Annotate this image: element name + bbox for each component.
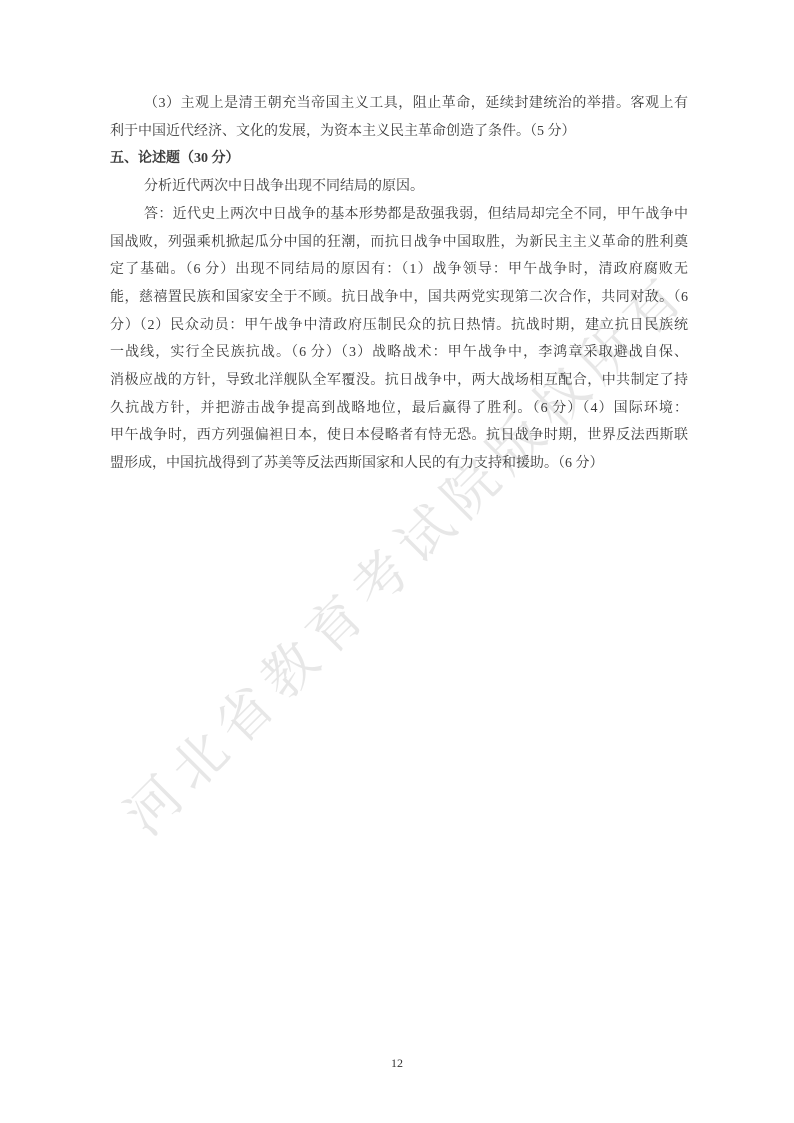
answer-line: 久抗战方针，并把游击战争提高到战略地位，最后赢得了胜利。（6 分）（4）国际环境… xyxy=(110,395,688,423)
answer-line: 国战败，列强乘机掀起瓜分中国的狂潮，而抗日战争中国取胜，为新民主主义革命的胜利奠 xyxy=(110,229,688,257)
answer-line: 答：近代史上两次中日战争的基本形势都是敌强我弱，但结局却完全不同，甲午战争中 xyxy=(110,201,688,229)
section5-question: 分析近代两次中日战争出现不同结局的原因。 xyxy=(110,173,688,201)
document-page: 河北省教育考试院版权所有 （3）主观上是清王朝充当帝国主义工具，阻止革命，延续封… xyxy=(0,0,794,1123)
answer-line: 消极应战的方针，导致北洋舰队全军覆没。抗日战争中，两大战场相互配合，中共制定了持 xyxy=(110,367,688,395)
page-number: 12 xyxy=(0,1056,794,1071)
section5-heading: 五、论述题（30 分） xyxy=(110,145,688,173)
answer-line: 分）（2）民众动员：甲午战争中清政府压制民众的抗日热情。抗战时期，建立抗日民族统 xyxy=(110,312,688,340)
answer-item3-line: 利于中国近代经济、文化的发展，为资本主义民主革命创造了条件。（5 分） xyxy=(110,118,688,146)
answer-line: 甲午战争时，西方列强偏袒日本，使日本侵略者有恃无恐。抗日战争时期，世界反法西斯联 xyxy=(110,422,688,450)
answer-line: 一战线，实行全民族抗战。（6 分）（3）战略战术：甲午战争中，李鸿章采取避战自保… xyxy=(110,339,688,367)
page-content: （3）主观上是清王朝充当帝国主义工具，阻止革命，延续封建统治的举措。客观上有 利… xyxy=(110,90,688,478)
answer-item3-line: （3）主观上是清王朝充当帝国主义工具，阻止革命，延续封建统治的举措。客观上有 xyxy=(110,90,688,118)
answer-line: 能，慈禧置民族和国家安全于不顾。抗日战争中，国共两党实现第二次合作，共同对敌。（… xyxy=(110,284,688,312)
answer-line: 定了基础。（6 分）出现不同结局的原因有：（1）战争领导：甲午战争时，清政府腐败… xyxy=(110,256,688,284)
answer-line: 盟形成，中国抗战得到了苏美等反法西斯国家和人民的有力支持和援助。（6 分） xyxy=(110,450,688,478)
